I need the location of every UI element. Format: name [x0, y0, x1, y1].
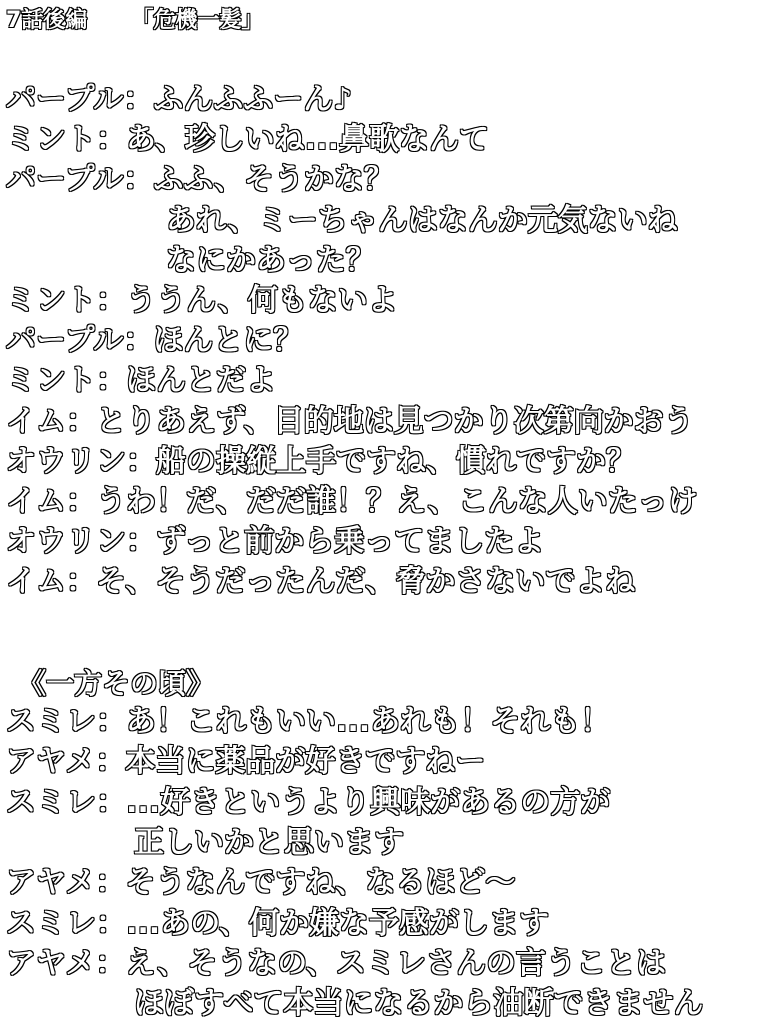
dialogue-line: アヤメ：そうなんですね、なるほど〜	[6, 863, 515, 903]
speaker-separator: ：	[95, 742, 125, 782]
dialogue-text: ほぼすべて本当になるから油断できません	[134, 984, 703, 1024]
dialogue-text: ふんふふーん♪	[153, 80, 352, 120]
speaker-name: オウリン	[6, 442, 126, 482]
dialogue-line: 正しいかと思います	[134, 823, 404, 863]
speaker-separator: ：	[126, 442, 156, 482]
dialogue-text: え、そうなの、スミレさんの言うことは	[125, 944, 666, 984]
dialogue-text: ふふ、そうかな？	[153, 160, 394, 200]
dialogue-text: ずっと前から乗ってましたよ	[156, 522, 544, 562]
dialogue-line: パープル：ふふ、そうかな？	[6, 160, 394, 200]
dialogue-line: ミント：ううん、何もないよ	[6, 281, 398, 321]
dialogue-line: オウリン：船の操縦上手ですね、慣れですか？	[6, 442, 636, 482]
speaker-separator: ：	[95, 944, 125, 984]
dialogue-line: オウリン：ずっと前から乗ってましたよ	[6, 522, 544, 562]
dialogue-text: 本当に薬品が好きですねー	[125, 742, 485, 782]
speaker-name: オウリン	[6, 522, 126, 562]
dialogue-line: ほぼすべて本当になるから油断できません	[134, 984, 703, 1024]
dialogue-line: パープル：ほんとに？	[6, 321, 303, 361]
section-heading: 《一方その頃》	[18, 664, 214, 704]
dialogue-text: ううん、何もないよ	[126, 281, 398, 321]
dialogue-line: スミレ：あ！これもいい...あれも！それも！	[6, 702, 610, 742]
speaker-separator: ：	[96, 702, 126, 742]
speaker-name: スミレ	[6, 904, 96, 944]
dialogue-line: イム：うわ！だ、だだ誰！？え、こんな人いたっけ	[6, 482, 698, 522]
speaker-name: パープル	[6, 80, 123, 120]
speaker-name: イム	[6, 562, 66, 602]
dialogue-text: ほんとに？	[153, 321, 303, 361]
speaker-separator: ：	[123, 321, 153, 361]
speaker-name: アヤメ	[6, 944, 95, 984]
speaker-name: イム	[6, 402, 66, 442]
speaker-separator: ：	[126, 522, 156, 562]
dialogue-line: アヤメ：本当に薬品が好きですねー	[6, 742, 485, 782]
speaker-name: パープル	[6, 321, 123, 361]
dialogue-line: なにかあった？	[166, 241, 376, 281]
dialogue-text: あ！これもいい...あれも！それも！	[126, 702, 610, 742]
speaker-name: パープル	[6, 160, 123, 200]
speaker-name: イム	[6, 482, 66, 522]
dialogue-text: ほんとだよ	[126, 361, 276, 401]
dialogue-text: あ、珍しいね...鼻歌なんて	[126, 120, 489, 160]
speaker-separator: ：	[123, 80, 153, 120]
dialogue-text: とりあえず、目的地は見つかり次第向かおう	[96, 402, 694, 442]
dialogue-line: ミント：あ、珍しいね...鼻歌なんて	[6, 120, 489, 160]
dialogue-text: そ、そうだったんだ、脅かさないでよね	[96, 562, 635, 602]
dialogue-line: スミレ：...好きというより興味があるの方が	[6, 783, 610, 823]
speaker-name: スミレ	[6, 783, 96, 823]
dialogue-text: うわ！だ、だだ誰！？え、こんな人いたっけ	[96, 482, 698, 522]
dialogue-line: アヤメ：え、そうなの、スミレさんの言うことは	[6, 944, 666, 984]
dialogue-text: そうなんですね、なるほど〜	[125, 863, 515, 903]
speaker-separator: ：	[96, 281, 126, 321]
episode-title: 7話後編「危機一髪」	[6, 4, 263, 38]
dialogue-line: イム：とりあえず、目的地は見つかり次第向かおう	[6, 402, 694, 442]
speaker-name: ミント	[6, 281, 96, 321]
speaker-separator: ：	[96, 361, 126, 401]
speaker-separator: ：	[66, 562, 96, 602]
speaker-name: ミント	[6, 120, 96, 160]
speaker-name: ミント	[6, 361, 96, 401]
speaker-separator: ：	[96, 904, 126, 944]
dialogue-line: イム：そ、そうだったんだ、脅かさないでよね	[6, 562, 635, 602]
speaker-name: アヤメ	[6, 742, 95, 782]
episode-subtitle: 「危機一髪」	[131, 8, 263, 33]
dialogue-line: スミレ：...あの、何か嫌な予感がします	[6, 904, 549, 944]
speaker-name: スミレ	[6, 702, 96, 742]
dialogue-text: 船の操縦上手ですね、慣れですか？	[156, 442, 636, 482]
speaker-separator: ：	[66, 482, 96, 522]
dialogue-text: 正しいかと思います	[134, 823, 404, 863]
dialogue-line: ミント：ほんとだよ	[6, 361, 276, 401]
dialogue-text: ...あの、何か嫌な予感がします	[126, 904, 549, 944]
speaker-separator: ：	[96, 120, 126, 160]
dialogue-line: パープル：ふんふふーん♪	[6, 80, 352, 120]
speaker-separator: ：	[96, 783, 126, 823]
dialogue-text: なにかあった？	[166, 241, 376, 281]
speaker-separator: ：	[123, 160, 153, 200]
dialogue-text: ...好きというより興味があるの方が	[126, 783, 610, 823]
speaker-separator: ：	[66, 402, 96, 442]
episode-number: 7話後編	[6, 8, 87, 33]
dialogue-text: あれ、ミーちゃんはなんか元気ないね	[166, 201, 678, 241]
dialogue-line: あれ、ミーちゃんはなんか元気ないね	[166, 201, 678, 241]
speaker-separator: ：	[95, 863, 125, 903]
speaker-name: アヤメ	[6, 863, 95, 903]
